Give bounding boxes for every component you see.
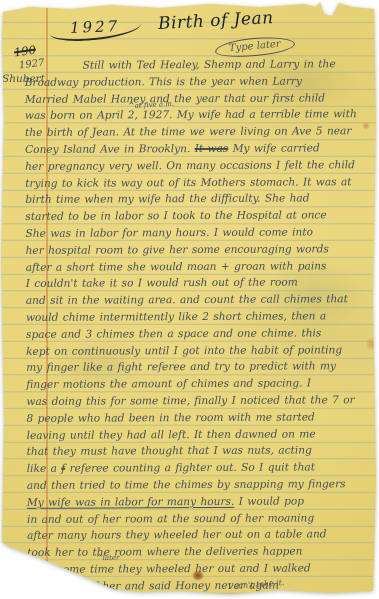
handwritten-line: Married Mabel Haney and the year that ou… bbox=[25, 90, 370, 109]
torn-yellow-legal-paper: 1927 Birth of Jean Type later 190 1927 S… bbox=[0, 0, 379, 599]
handwritten-segment: in and out of her room at the sound of h… bbox=[27, 512, 314, 526]
handwritten-line: finger motions the amount of chimes and … bbox=[26, 375, 371, 394]
handwritten-segment: Still with Ted Healey, Shemp and Larry i… bbox=[83, 58, 336, 71]
handwritten-segment-strike: It was bbox=[195, 143, 229, 155]
handwritten-line: the birth of Jean. At the time we were l… bbox=[25, 123, 370, 142]
small-stain bbox=[362, 122, 370, 130]
handwritten-line: I couldn't take it so I would rush out o… bbox=[26, 274, 371, 293]
handwritten-segment: and sit in the waiting area. and count t… bbox=[26, 293, 348, 307]
handwritten-line: My wife was in labor for many hours. I w… bbox=[27, 493, 372, 512]
handwritten-segment: 8 people who had been in the room with m… bbox=[26, 411, 314, 425]
handwritten-line: was doing this for some time, finally I … bbox=[26, 392, 371, 411]
handwritten-segment: after a short time she would moan + groa… bbox=[26, 260, 327, 274]
handwritten-segment: Coney Island Ave in Brooklyn. bbox=[25, 143, 195, 156]
handwritten-line: was born on April 2, 1927. My wife had a… bbox=[25, 106, 370, 125]
handwritten-segment: leaving until they had all left. It then… bbox=[27, 428, 316, 442]
handwritten-segment: her pregnancy very well. On many occasio… bbox=[25, 159, 355, 173]
handwritten-line: like a f referee counting a fighter out.… bbox=[27, 459, 372, 478]
handwritten-line: space and 3 chimes then a space and one … bbox=[26, 325, 371, 344]
handwritten-segment: my finger like a fight referee and try t… bbox=[26, 361, 336, 375]
handwritten-segment: My wife carried bbox=[228, 142, 319, 154]
handwritten-line: took her to the room where the deliverie… bbox=[27, 543, 372, 562]
handwritten-segment: trying to kick its way out of its Mother… bbox=[25, 176, 351, 190]
handwritten-segment: I couldn't take it so I would rush out o… bbox=[26, 277, 298, 290]
amber-stain bbox=[366, 336, 377, 352]
handwritten-line: Still with Ted Healey, Shemp and Larry i… bbox=[25, 56, 370, 75]
handwritten-line: in and out of her room at the sound of h… bbox=[27, 510, 372, 529]
handwritten-segment: birth time when my wife had the difficul… bbox=[25, 193, 309, 206]
handwritten-segment: I would pop bbox=[234, 495, 304, 507]
handwritten-segment: the birth of Jean. At the time we were l… bbox=[25, 125, 352, 139]
handwritten-line: kept on continuously until I got into th… bbox=[26, 342, 371, 361]
handwritten-segment: space and 3 chimes then a space and one … bbox=[26, 327, 321, 341]
handwritten-line: her hospital room to give her some encou… bbox=[26, 241, 371, 260]
handwritten-segment: that they must have thought that I was n… bbox=[27, 445, 312, 458]
year-underline-flourish bbox=[50, 22, 143, 43]
handwritten-segment-underline: My wife was in labor for many hours. bbox=[27, 496, 234, 509]
handwritten-segment: after many hours they wheeled her out on… bbox=[27, 529, 327, 543]
handwritten-segment: took her to the room where the deliverie… bbox=[27, 546, 302, 559]
handwritten-line: Broadway production. This is the year wh… bbox=[25, 73, 370, 92]
handwritten-line: and then tried to time the chimes by sna… bbox=[27, 476, 372, 495]
handwritten-line: leaving until they had all left. It then… bbox=[27, 426, 372, 445]
handwritten-line: after a short time she would moan + groa… bbox=[26, 258, 371, 277]
handwritten-segment: like a bbox=[27, 463, 62, 475]
handwritten-line: and sit in the waiting area. and count t… bbox=[26, 291, 371, 310]
handwritten-segment: finger motions the amount of chimes and … bbox=[26, 378, 311, 391]
handwritten-line: her pregnancy very well. On many occasio… bbox=[25, 157, 370, 176]
handwritten-segment: kept on continuously until I got into th… bbox=[26, 344, 342, 358]
handwritten-segment: Broadway production. This is the year wh… bbox=[25, 75, 302, 88]
handwritten-segment: would chime intermittently like 2 short … bbox=[26, 310, 326, 324]
handwritten-line: would chime intermittently like 2 short … bbox=[26, 308, 371, 327]
handwritten-line: birth time when my wife had the difficul… bbox=[25, 190, 370, 209]
handwritten-line: Coney Island Ave in Brooklyn. It was My … bbox=[25, 140, 370, 159]
handwritten-line: started to be in labor so I took to the … bbox=[25, 207, 370, 226]
scanned-page-wrapper: 1927 Birth of Jean Type later 190 1927 S… bbox=[0, 0, 379, 599]
handwritten-line: She was in labor for many hours. I would… bbox=[25, 224, 370, 243]
handwritten-segment: her hospital room to give her some encou… bbox=[26, 243, 329, 257]
interline-insertion-later: ^later bbox=[96, 553, 120, 563]
handwritten-segment: started to be in labor so I took to the … bbox=[25, 209, 326, 223]
handwritten-segment: was born on April 2, 1927. My wife had a… bbox=[25, 109, 357, 123]
handwritten-segment: after some time they wheeled her out and… bbox=[27, 562, 310, 575]
handwritten-line: trying to kick its way out of its Mother… bbox=[25, 174, 370, 193]
handwritten-line: my finger like a fight referee and try t… bbox=[26, 358, 371, 377]
handwritten-segment: and then tried to time the chimes by sna… bbox=[27, 478, 346, 492]
handwritten-segment: was doing this for some time, finally I … bbox=[26, 394, 354, 408]
body-lines: Still with Ted Healey, Shemp and Larry i… bbox=[25, 56, 373, 599]
handwritten-line: that they must have thought that I was n… bbox=[27, 442, 372, 461]
handwritten-segment: referee counting a fighter out. So I qui… bbox=[65, 462, 315, 475]
brown-stain bbox=[192, 571, 204, 580]
handwritten-line: after many hours they wheeled her out on… bbox=[27, 526, 372, 545]
page-title: Birth of Jean bbox=[158, 8, 275, 34]
handwritten-segment: Married Mabel Haney and the year that ou… bbox=[25, 92, 325, 106]
handwritten-line: 8 people who had been in the room with m… bbox=[26, 409, 371, 428]
handwritten-segment: She was in labor for many hours. I would… bbox=[25, 226, 313, 240]
